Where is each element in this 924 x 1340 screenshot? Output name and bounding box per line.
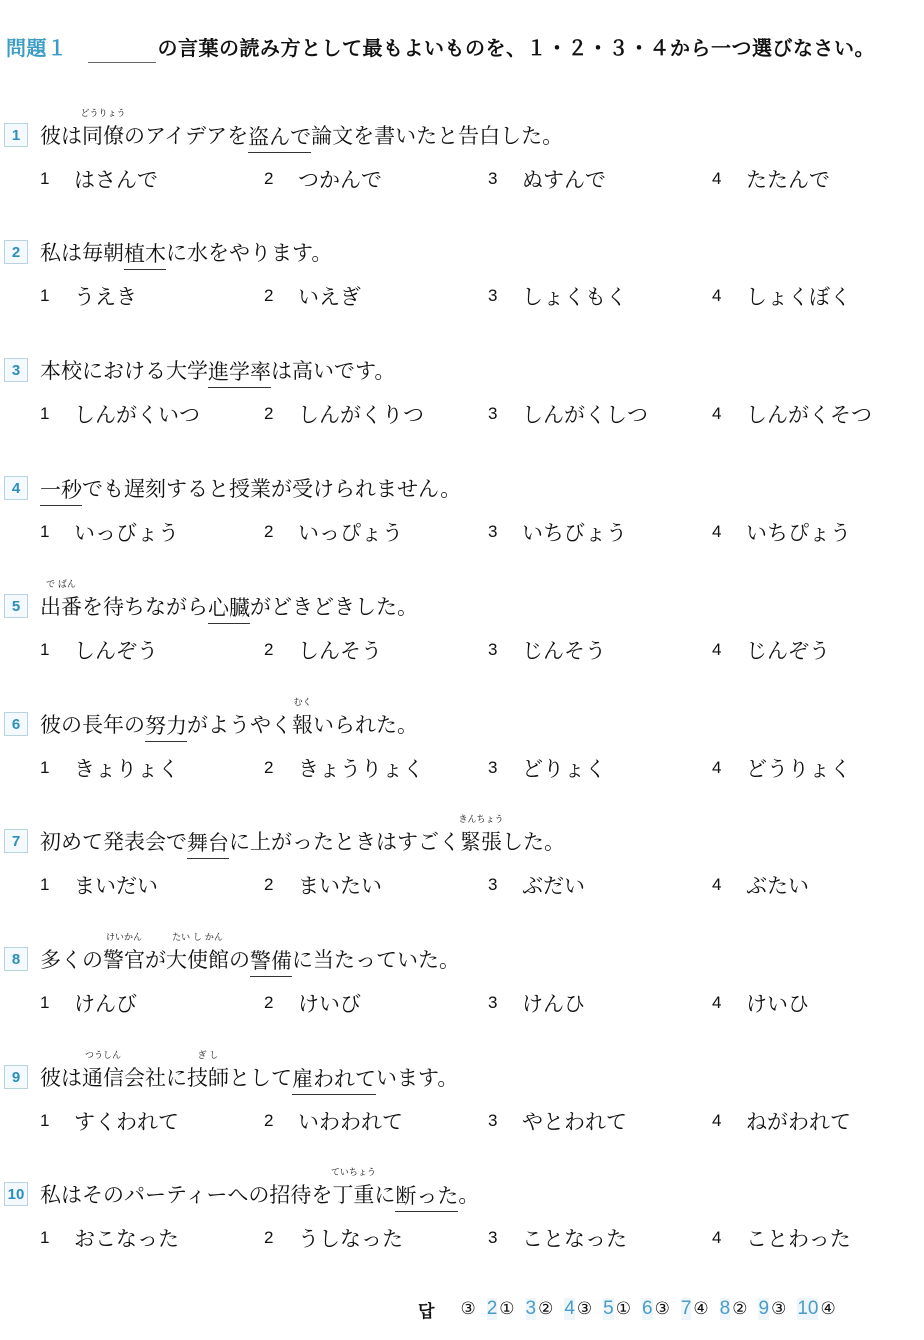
underlined-target-word: 進学率 bbox=[208, 358, 271, 388]
sentence-text: 彼は bbox=[40, 1064, 82, 1092]
sentence-text: がようやく bbox=[187, 711, 292, 739]
underlined-target-word: 雇われて bbox=[292, 1065, 376, 1095]
choice-number: 4 bbox=[712, 1228, 746, 1248]
segment-text: に当たっていた。 bbox=[292, 948, 460, 972]
sentence-text: に水をやります。 bbox=[166, 239, 332, 267]
question-sentence: 彼は同僚どうりょうのアイデアを盗んで論文を書いたと告白した。 bbox=[40, 122, 563, 150]
question-number-badge: 6 bbox=[4, 712, 28, 736]
segment-text: の bbox=[229, 948, 250, 972]
choice-number: 3 bbox=[488, 758, 522, 778]
choice-text: どうりょく bbox=[746, 753, 851, 783]
answer-value: ③ bbox=[460, 1299, 475, 1319]
underlined-target-word: 心臓 bbox=[208, 594, 250, 624]
furigana: で ばん bbox=[46, 580, 76, 590]
answer-value: ④ bbox=[693, 1299, 708, 1319]
answer-question-number: 4 bbox=[564, 1298, 575, 1320]
answer-key-title: 답 bbox=[418, 1297, 434, 1322]
sentence-text: に当たっていた。 bbox=[292, 946, 460, 974]
question-line: 2私は毎朝植木に水をやります。 bbox=[4, 233, 332, 267]
question-number-badge: 4 bbox=[4, 476, 28, 500]
answer-item: ③ bbox=[460, 1299, 475, 1319]
choice-text: はさんで bbox=[74, 164, 158, 194]
answer-item: 7④ bbox=[681, 1298, 709, 1320]
choice-text: しんがくりつ bbox=[298, 399, 424, 429]
sentence-text: 私は毎朝 bbox=[40, 239, 124, 267]
choice-number: 3 bbox=[488, 875, 522, 895]
underlined-target-word: 盗んで bbox=[248, 123, 311, 153]
choice-option-3[interactable]: 3ぬすんで bbox=[488, 164, 606, 194]
choice-text: しんがくしつ bbox=[522, 399, 648, 429]
segment-text: 一秒 bbox=[40, 478, 82, 502]
answer-value: ③ bbox=[771, 1299, 786, 1319]
segment-text: 。 bbox=[458, 1183, 479, 1207]
choice-text: ぶだい bbox=[522, 870, 585, 900]
sentence-text: います。 bbox=[376, 1064, 458, 1092]
choice-option-2[interactable]: 2けいび bbox=[264, 988, 361, 1018]
question-number-badge: 9 bbox=[4, 1065, 28, 1089]
choice-text: ねがわれて bbox=[746, 1106, 851, 1136]
furigana: ていちょう bbox=[331, 1168, 376, 1178]
choice-option-3[interactable]: 3しんがくしつ bbox=[488, 399, 648, 429]
choice-option-4[interactable]: 4ことわった bbox=[712, 1223, 851, 1253]
sentence-text: 本校における大学 bbox=[40, 357, 208, 385]
blank-line bbox=[88, 42, 156, 63]
ruby-word: 緊張きんちょう bbox=[460, 828, 502, 856]
answer-value: ② bbox=[732, 1299, 747, 1319]
choice-text: おこなった bbox=[74, 1223, 179, 1253]
sentence-text: に上がったときはすごく bbox=[229, 828, 460, 856]
choice-number: 2 bbox=[264, 286, 298, 306]
choice-number: 2 bbox=[264, 404, 298, 424]
ruby-word: 丁重ていちょう bbox=[332, 1181, 374, 1209]
choice-text: ぬすんで bbox=[522, 164, 606, 194]
choice-list: 1いっびょう2いっぴょう3いちびょう4いちぴょう bbox=[0, 517, 924, 547]
question-line: 7初めて発表会で舞台に上がったときはすごく緊張きんちょうした。 bbox=[4, 822, 565, 856]
choice-number: 4 bbox=[712, 875, 746, 895]
choice-text: ぶたい bbox=[746, 870, 809, 900]
choice-option-1[interactable]: 1うえき bbox=[40, 281, 137, 311]
choice-number: 2 bbox=[264, 758, 298, 778]
answer-item: 4③ bbox=[564, 1298, 592, 1320]
choice-text: いえぎ bbox=[298, 281, 361, 311]
choice-number: 1 bbox=[40, 640, 74, 660]
segment-text: います。 bbox=[376, 1066, 458, 1090]
choice-option-4[interactable]: 4たたんで bbox=[712, 164, 830, 194]
segment-text: 雇われて bbox=[292, 1067, 376, 1091]
choice-option-4[interactable]: 4ねがわれて bbox=[712, 1106, 851, 1136]
segment-text: 私は毎朝 bbox=[40, 241, 124, 265]
choice-number: 4 bbox=[712, 404, 746, 424]
question-line: 5出番で ばんを待ちながら心臓がどきどきした。 bbox=[4, 587, 418, 621]
question-sentence: 本校における大学進学率は高いです。 bbox=[40, 357, 395, 385]
choice-number: 3 bbox=[488, 993, 522, 1013]
question-number-badge: 5 bbox=[4, 594, 28, 618]
choice-option-2[interactable]: 2いっぴょう bbox=[264, 517, 403, 547]
segment-text: 多くの bbox=[40, 948, 103, 972]
choice-option-1[interactable]: 1はさんで bbox=[40, 164, 158, 194]
choice-text: いちぴょう bbox=[746, 517, 851, 547]
segment-text: 舞台 bbox=[187, 831, 229, 855]
choice-number: 3 bbox=[488, 640, 522, 660]
sentence-text: として bbox=[229, 1064, 292, 1092]
ruby-word: 通信つうしん bbox=[82, 1064, 124, 1092]
choice-number: 4 bbox=[712, 1111, 746, 1131]
segment-text: がどきどきした。 bbox=[250, 595, 418, 619]
choice-number: 2 bbox=[264, 169, 298, 189]
choice-text: すくわれて bbox=[74, 1106, 179, 1136]
choice-option-4[interactable]: 4どうりょく bbox=[712, 753, 851, 783]
choice-text: やとわれて bbox=[522, 1106, 627, 1136]
segment-text: 報 bbox=[292, 713, 313, 737]
choice-text: けんび bbox=[74, 988, 137, 1018]
answer-item: 5① bbox=[603, 1298, 631, 1320]
segment-text: 警備 bbox=[250, 949, 292, 973]
furigana: けいかん bbox=[106, 933, 142, 943]
choice-number: 1 bbox=[40, 404, 74, 424]
choice-option-3[interactable]: 3どりょく bbox=[488, 753, 606, 783]
sentence-text: いられた。 bbox=[313, 711, 418, 739]
choice-text: しんそう bbox=[298, 635, 382, 665]
question-sentence: 彼の長年の努力がようやく報むくいられた。 bbox=[40, 711, 418, 739]
choice-list: 1きょりょく2きょうりょく3どりょく4どうりょく bbox=[0, 753, 924, 783]
question-line: 9彼は通信つうしん会社に技師ぎ しとして雇われています。 bbox=[4, 1058, 458, 1092]
segment-text: のアイデアを bbox=[124, 124, 248, 148]
answer-item: 3② bbox=[526, 1298, 554, 1320]
choice-option-2[interactable]: 2いわわれて bbox=[264, 1106, 403, 1136]
choice-option-3[interactable]: 3しょくもく bbox=[488, 281, 627, 311]
ruby-word: 大使館たい し かん bbox=[166, 946, 229, 974]
sentence-text: が bbox=[145, 946, 166, 974]
choice-number: 2 bbox=[264, 640, 298, 660]
answer-value: ② bbox=[538, 1299, 553, 1319]
choice-text: きょうりょく bbox=[298, 753, 424, 783]
choice-number: 1 bbox=[40, 286, 74, 306]
choice-option-2[interactable]: 2まいたい bbox=[264, 870, 382, 900]
choice-text: ことわった bbox=[746, 1223, 851, 1253]
choice-option-3[interactable]: 3じんそう bbox=[488, 635, 606, 665]
choice-list: 1すくわれて2いわわれて3やとわれて4ねがわれて bbox=[0, 1106, 924, 1136]
choice-number: 1 bbox=[40, 169, 74, 189]
segment-text: 初めて発表会で bbox=[40, 830, 187, 854]
choice-number: 3 bbox=[488, 404, 522, 424]
segment-text: 通信 bbox=[82, 1066, 124, 1090]
question-line: 8多くの警官けいかんが大使館たい し かんの警備に当たっていた。 bbox=[4, 940, 460, 974]
answer-question-number: 8 bbox=[720, 1298, 731, 1320]
choice-option-1[interactable]: 1しんがくいつ bbox=[40, 399, 200, 429]
segment-text: 盗んで bbox=[248, 125, 311, 149]
underlined-target-word: 断った bbox=[395, 1182, 458, 1212]
choice-option-2[interactable]: 2つかんで bbox=[264, 164, 382, 194]
sentence-text: がどきどきした。 bbox=[250, 593, 418, 621]
underlined-target-word: 舞台 bbox=[187, 829, 229, 859]
choice-text: きょりょく bbox=[74, 753, 179, 783]
sentence-text: 。 bbox=[458, 1181, 479, 1209]
choice-option-1[interactable]: 1まいだい bbox=[40, 870, 158, 900]
question-number-badge: 8 bbox=[4, 947, 28, 971]
segment-text: 警官 bbox=[103, 948, 145, 972]
furigana: むく bbox=[293, 698, 311, 708]
choice-list: 1けんび2けいび3けんひ4けいひ bbox=[0, 988, 924, 1018]
choice-text: しんがくいつ bbox=[74, 399, 200, 429]
segment-text: 心臓 bbox=[208, 596, 250, 620]
answer-item: 2① bbox=[487, 1298, 515, 1320]
choice-list: 1しんぞう2しんそう3じんそう4じんぞう bbox=[0, 635, 924, 665]
choice-number: 1 bbox=[40, 1228, 74, 1248]
question-line: 3本校における大学進学率は高いです。 bbox=[4, 351, 395, 385]
segment-text: 植木 bbox=[124, 242, 166, 266]
segment-text: に水をやります。 bbox=[166, 241, 332, 265]
choice-text: まいだい bbox=[74, 870, 158, 900]
choice-option-2[interactable]: 2いえぎ bbox=[264, 281, 361, 311]
sentence-text: 会社に bbox=[124, 1064, 187, 1092]
choice-option-1[interactable]: 1おこなった bbox=[40, 1223, 179, 1253]
choice-number: 4 bbox=[712, 640, 746, 660]
sentence-text: 彼は bbox=[40, 122, 82, 150]
choice-number: 2 bbox=[264, 875, 298, 895]
segment-text: 同僚 bbox=[82, 124, 124, 148]
segment-text: 論文を書いたと告白した。 bbox=[311, 124, 563, 148]
choice-number: 2 bbox=[264, 522, 298, 542]
question-sentence: 彼は通信つうしん会社に技師ぎ しとして雇われています。 bbox=[40, 1064, 458, 1092]
ruby-word: 報むく bbox=[292, 711, 313, 739]
choice-option-4[interactable]: 4けいひ bbox=[712, 988, 809, 1018]
question-sentence: 出番で ばんを待ちながら心臓がどきどきした。 bbox=[40, 593, 418, 621]
answer-item: 6③ bbox=[642, 1298, 670, 1320]
segment-text: に上がったときはすごく bbox=[229, 830, 460, 854]
underlined-target-word: 努力 bbox=[145, 712, 187, 742]
choice-text: いわわれて bbox=[298, 1106, 403, 1136]
segment-text: 彼は bbox=[40, 1066, 82, 1090]
choice-number: 4 bbox=[712, 993, 746, 1013]
answer-items: ③2①3②4③5①6③7④8②9③10④ bbox=[460, 1298, 846, 1320]
choice-list: 1まいだい2まいたい3ぶだい4ぶたい bbox=[0, 870, 924, 900]
question-sentence: 私はそのパーティーへの招待を丁重ていちょうに断った。 bbox=[40, 1181, 479, 1209]
segment-text: 彼の長年の bbox=[40, 713, 145, 737]
choice-number: 3 bbox=[488, 1111, 522, 1131]
segment-text: 私はそのパーティーへの招待を bbox=[40, 1183, 332, 1207]
segment-text: 会社に bbox=[124, 1066, 187, 1090]
sentence-text: を待ちながら bbox=[82, 593, 208, 621]
sentence-text: に bbox=[374, 1181, 395, 1209]
sentence-text: の bbox=[229, 946, 250, 974]
choice-list: 1しんがくいつ2しんがくりつ3しんがくしつ4しんがくそつ bbox=[0, 399, 924, 429]
ruby-word: 技師ぎ し bbox=[187, 1064, 229, 1092]
choice-text: しんがくそつ bbox=[746, 399, 872, 429]
underlined-target-word: 警備 bbox=[250, 947, 292, 977]
choice-number: 1 bbox=[40, 875, 74, 895]
question-sentence: 初めて発表会で舞台に上がったときはすごく緊張きんちょうした。 bbox=[40, 828, 565, 856]
segment-text: を待ちながら bbox=[82, 595, 208, 619]
choice-text: ことなった bbox=[522, 1223, 627, 1253]
question-number-badge: 3 bbox=[4, 358, 28, 382]
choice-text: けいひ bbox=[746, 988, 809, 1018]
choice-option-4[interactable]: 4じんぞう bbox=[712, 635, 830, 665]
ruby-word: 警官けいかん bbox=[103, 946, 145, 974]
segment-text: 技師 bbox=[187, 1066, 229, 1090]
choice-number: 4 bbox=[712, 522, 746, 542]
sentence-text: した。 bbox=[502, 828, 565, 856]
choice-option-2[interactable]: 2きょうりょく bbox=[264, 753, 424, 783]
choice-option-2[interactable]: 2うしなった bbox=[264, 1223, 403, 1253]
sentence-text: 初めて発表会で bbox=[40, 828, 187, 856]
choice-list: 1うえき2いえぎ3しょくもく4しょくぼく bbox=[0, 281, 924, 311]
furigana: どうりょう bbox=[80, 109, 125, 119]
choice-option-4[interactable]: 4しんがくそつ bbox=[712, 399, 872, 429]
choice-number: 4 bbox=[712, 169, 746, 189]
furigana: つうしん bbox=[85, 1051, 121, 1061]
choice-option-3[interactable]: 3いちびょう bbox=[488, 517, 627, 547]
choice-number: 1 bbox=[40, 1111, 74, 1131]
answer-value: ④ bbox=[820, 1299, 835, 1319]
choice-text: いちびょう bbox=[522, 517, 627, 547]
problem-header: 問題１ の言葉の読み方として最もよいものを、１・２・３・４から一つ選びなさい。 bbox=[6, 30, 875, 62]
choice-number: 3 bbox=[488, 1228, 522, 1248]
underlined-target-word: 植木 bbox=[124, 240, 166, 270]
question-line: 1彼は同僚どうりょうのアイデアを盗んで論文を書いたと告白した。 bbox=[4, 116, 563, 150]
answer-value: ③ bbox=[655, 1299, 670, 1319]
choice-option-2[interactable]: 2しんそう bbox=[264, 635, 382, 665]
choice-text: いっびょう bbox=[74, 517, 179, 547]
question-line: 6彼の長年の努力がようやく報むくいられた。 bbox=[4, 705, 418, 739]
ruby-word: 同僚どうりょう bbox=[82, 122, 124, 150]
choice-number: 2 bbox=[264, 1111, 298, 1131]
question-sentence: 一秒でも遅刻すると授業が受けられません。 bbox=[40, 475, 461, 503]
choice-text: うしなった bbox=[298, 1223, 403, 1253]
choice-text: しんぞう bbox=[74, 635, 158, 665]
answer-question-number: 5 bbox=[603, 1298, 614, 1320]
question-line: 4一秒でも遅刻すると授業が受けられません。 bbox=[4, 469, 461, 503]
answer-key: 답 ③2①3②4③5①6③7④8②9③10④ bbox=[418, 1296, 847, 1322]
answer-question-number: 7 bbox=[681, 1298, 692, 1320]
choice-list: 1おこなった2うしなった3ことなった4ことわった bbox=[0, 1223, 924, 1253]
sentence-text: 彼の長年の bbox=[40, 711, 145, 739]
choice-text: しょくぼく bbox=[746, 281, 851, 311]
answer-value: ① bbox=[499, 1299, 514, 1319]
question-sentence: 私は毎朝植木に水をやります。 bbox=[40, 239, 332, 267]
answer-question-number: 6 bbox=[642, 1298, 653, 1320]
segment-text: 進学率 bbox=[208, 360, 271, 384]
segment-text: 彼は bbox=[40, 124, 82, 148]
furigana: きんちょう bbox=[458, 815, 503, 825]
choice-option-1[interactable]: 1いっびょう bbox=[40, 517, 179, 547]
choice-text: まいたい bbox=[298, 870, 382, 900]
segment-text: がようやく bbox=[187, 713, 292, 737]
choice-number: 1 bbox=[40, 993, 74, 1013]
underlined-target-word: 一秒 bbox=[40, 476, 82, 506]
choice-option-4[interactable]: 4いちぴょう bbox=[712, 517, 851, 547]
segment-text: でも遅刻すると授業が受けられません。 bbox=[82, 477, 461, 501]
choice-number: 2 bbox=[264, 1228, 298, 1248]
sentence-text: 多くの bbox=[40, 946, 103, 974]
question-sentence: 多くの警官けいかんが大使館たい し かんの警備に当たっていた。 bbox=[40, 946, 460, 974]
furigana: ぎ し bbox=[198, 1051, 219, 1061]
answer-question-number: 3 bbox=[526, 1298, 537, 1320]
segment-text: 丁重 bbox=[332, 1183, 374, 1207]
question-line: 10私はそのパーティーへの招待を丁重ていちょうに断った。 bbox=[4, 1175, 479, 1209]
segment-text: いられた。 bbox=[313, 713, 418, 737]
segment-text: 緊張 bbox=[460, 830, 502, 854]
answer-question-number: 2 bbox=[487, 1298, 498, 1320]
choice-number: 3 bbox=[488, 522, 522, 542]
choice-option-1[interactable]: 1きょりょく bbox=[40, 753, 179, 783]
choice-option-1[interactable]: 1すくわれて bbox=[40, 1106, 179, 1136]
choice-option-4[interactable]: 4ぶたい bbox=[712, 870, 809, 900]
choice-text: つかんで bbox=[298, 164, 382, 194]
choice-option-3[interactable]: 3ことなった bbox=[488, 1223, 627, 1253]
sentence-text: 論文を書いたと告白した。 bbox=[311, 122, 563, 150]
choice-text: じんぞう bbox=[746, 635, 830, 665]
choice-option-3[interactable]: 3けんひ bbox=[488, 988, 585, 1018]
segment-text: は高いです。 bbox=[271, 359, 395, 383]
choice-number: 4 bbox=[712, 758, 746, 778]
question-number-badge: 7 bbox=[4, 829, 28, 853]
answer-value: ③ bbox=[577, 1299, 592, 1319]
answer-value: ① bbox=[616, 1299, 631, 1319]
choice-text: じんそう bbox=[522, 635, 606, 665]
choice-text: どりょく bbox=[522, 753, 606, 783]
choice-option-3[interactable]: 3ぶだい bbox=[488, 870, 585, 900]
sentence-text: 私はそのパーティーへの招待を bbox=[40, 1181, 332, 1209]
question-number-badge: 10 bbox=[4, 1182, 28, 1206]
answer-question-number: 9 bbox=[758, 1298, 769, 1320]
choice-number: 4 bbox=[712, 286, 746, 306]
choice-number: 1 bbox=[40, 758, 74, 778]
answer-item: 10④ bbox=[797, 1298, 835, 1320]
sentence-text: のアイデアを bbox=[124, 122, 248, 150]
choice-option-1[interactable]: 1けんび bbox=[40, 988, 137, 1018]
segment-text: 断った bbox=[395, 1184, 458, 1208]
choice-number: 3 bbox=[488, 286, 522, 306]
choice-text: うえき bbox=[74, 281, 137, 311]
sentence-text: でも遅刻すると授業が受けられません。 bbox=[82, 475, 461, 503]
answer-question-number: 10 bbox=[797, 1298, 818, 1320]
segment-text: した。 bbox=[502, 830, 565, 854]
choice-option-1[interactable]: 1しんぞう bbox=[40, 635, 158, 665]
segment-text: 出番 bbox=[40, 595, 82, 619]
segment-text: 努力 bbox=[145, 714, 187, 738]
choice-text: いっぴょう bbox=[298, 517, 403, 547]
segment-text: が bbox=[145, 948, 166, 972]
choice-text: けんひ bbox=[522, 988, 585, 1018]
choice-option-2[interactable]: 2しんがくりつ bbox=[264, 399, 424, 429]
segment-text: 本校における大学 bbox=[40, 359, 208, 383]
furigana: たい し かん bbox=[172, 933, 223, 943]
choice-number: 1 bbox=[40, 522, 74, 542]
answer-item: 8② bbox=[720, 1298, 748, 1320]
choice-option-4[interactable]: 4しょくぼく bbox=[712, 281, 851, 311]
choice-option-3[interactable]: 3やとわれて bbox=[488, 1106, 627, 1136]
choice-text: けいび bbox=[298, 988, 361, 1018]
problem-label: 問題１ bbox=[6, 32, 68, 61]
segment-text: に bbox=[374, 1183, 395, 1207]
answer-item: 9③ bbox=[758, 1298, 786, 1320]
problem-instruction: の言葉の読み方として最もよいものを、１・２・３・４から一つ選びなさい。 bbox=[158, 32, 876, 61]
question-number-badge: 2 bbox=[4, 240, 28, 264]
choice-number: 3 bbox=[488, 169, 522, 189]
segment-text: 大使館 bbox=[166, 948, 229, 972]
question-number-badge: 1 bbox=[4, 123, 28, 147]
choice-text: たたんで bbox=[746, 164, 830, 194]
sentence-text: は高いです。 bbox=[271, 357, 395, 385]
choice-list: 1はさんで2つかんで3ぬすんで4たたんで bbox=[0, 164, 924, 194]
segment-text: として bbox=[229, 1066, 292, 1090]
choice-text: しょくもく bbox=[522, 281, 627, 311]
ruby-word: 出番で ばん bbox=[40, 593, 82, 621]
choice-number: 2 bbox=[264, 993, 298, 1013]
